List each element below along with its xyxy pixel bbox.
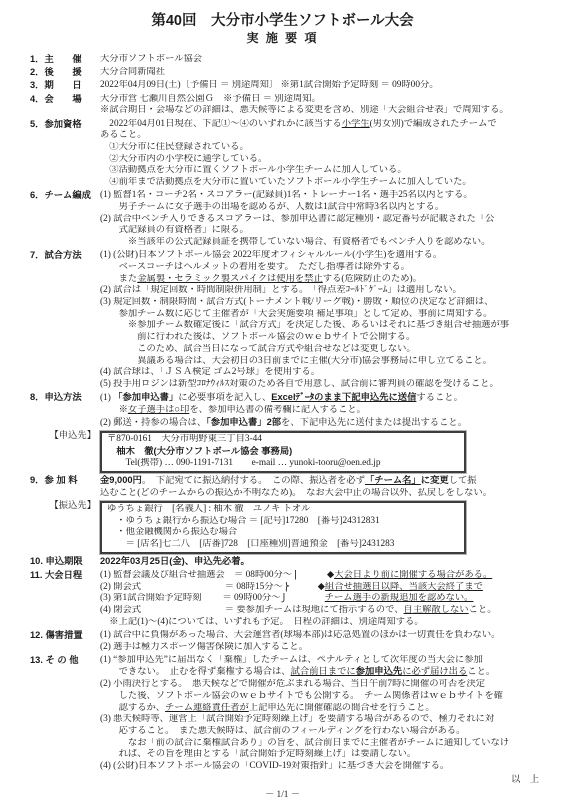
text-segment: できない。 止むを得ず棄権する場合は、 — [119, 667, 291, 677]
doc-item: 9．参 加 料金9,000円。 下記宛てに振込納付する。 この際、振込者を必ず「… — [30, 475, 559, 499]
text-segment: 小学生 — [342, 119, 370, 129]
text-segment: ＝ [店名]七二八 [店番]728 [口座種別]普通預金 [番号]2431283 — [126, 539, 395, 549]
text-line: (1) 監督会議及び組合せ抽選会 ＝ 08時00分～⎫ ◆大会日より前に開催する… — [100, 570, 559, 582]
text-segment: 大分合同新聞社 — [100, 67, 165, 77]
text-segment — [288, 593, 325, 603]
text-line: ①大分市に住民登録されている。 — [100, 142, 559, 154]
text-segment: (4) 試合球は、「ＪＳＡ検定 ゴム2号球」を使用する。 — [100, 367, 320, 377]
text-segment: 大分市営 七瀬川自然公園Ｇ ※予備日 ＝ 別途周知。 — [100, 94, 321, 104]
item-content: 金9,000円。 下記宛てに振込納付する。 この際、振込者を必ず「チーム名」に変… — [100, 475, 559, 499]
text-segment: (2) 試合は「規定回数・時間制限併用制」とする。 「得点差ｺｰﾙﾄﾞｹﾞｰﾑ」… — [100, 285, 462, 295]
text-segment: 参加申込先 — [356, 666, 403, 676]
text-line: Tel(携帯) … 090-1191-7131 e-mail … yunoki-… — [107, 458, 459, 470]
text-segment: する(危険防止のため)。 — [323, 274, 422, 284]
text-segment: ⎭ — [281, 593, 288, 603]
text-segment: ③活動拠点を大分市に置くソフトボール小学生チームに加入している。 — [109, 165, 406, 175]
text-segment — [299, 570, 327, 580]
text-segment: 男子チームに女子選手の出場を認めるが、人数は1試合中常時3名以内とする。 — [119, 202, 444, 212]
text-segment: 自主解散しない — [404, 605, 469, 615]
text-segment: (男女別)で編成されたチームで — [370, 119, 497, 129]
text-segment: に変更 — [421, 475, 449, 485]
text-line: 大分合同新聞社 — [100, 67, 559, 79]
item-content: 大分市ソフトボール協会 — [100, 54, 559, 66]
text-segment: ※上記(1)～(4)については、いずれも予定。 日程の詳細は、別途周知する。 — [109, 617, 423, 627]
doc-item: 5．参加資格2022年04月01日現在、下記①～④のいずれかに該当する小学生(男… — [30, 119, 559, 189]
item-label: 8．申込方法 — [30, 392, 100, 429]
text-line: (3) 規定回数・制限時間・試合方式(トーナメント戦/リーグ戦)・勝敗・順位の決… — [100, 297, 559, 309]
item-content: 大分合同新聞社 — [100, 67, 559, 79]
text-segment: ・ゆうちょ銀行から振込む場合 ＝ [記号]17280 [番号]24312831 — [116, 516, 379, 526]
text-line: 式記録員の有資格者」に限る。 — [100, 225, 559, 237]
item-content: (1) “参加申込先”に届出なく「棄権」したチームは、ペナルティとして次年度の当… — [100, 655, 559, 773]
item-content: (1) 監督1名・コーチ2名・スコアラー(記録員)1名・トレーナー1名・選手25… — [100, 190, 559, 249]
text-line: 応すること。 また悪天候時は、試合前のフィールディングを行わない場合がある。 — [100, 726, 559, 738]
doc-item: 2．後 援大分合同新聞社 — [30, 67, 559, 79]
text-line: (1) (公財)日本ソフトボール協会 2022年度オフィシャルルール(小学生)を… — [100, 250, 559, 262]
text-line: 前に行われた後は、ソフトボール協会のｗｅｂサイトで公開する。 — [100, 332, 559, 344]
item-content: (1) 監督会議及び組合せ抽選会 ＝ 08時00分～⎫ ◆大会日より前に開催する… — [100, 570, 559, 629]
text-segment: 。 下記宛てに振込納付する。 この際、振込者を必ず — [142, 476, 365, 486]
text-segment: (3) 規定回数・制限時間・試合方式(トーナメント戦/リーグ戦)・勝敗・順位の決… — [100, 297, 493, 307]
item-label: 9．参 加 料 — [30, 475, 100, 499]
item-label: 5．参加資格 — [30, 119, 100, 189]
text-line: 金9,000円。 下記宛てに振込納付する。 この際、振込者を必ず「チーム名」に変… — [100, 475, 559, 488]
text-segment: あること。 — [100, 130, 147, 140]
item-content: 2022年04月01日現在、下記①～④のいずれかに該当する小学生(男女別)で編成… — [100, 119, 559, 189]
text-segment: に必要事項を記入し、 — [178, 393, 271, 403]
text-segment: れば、その旨を理由とする「試合開始予定時刻繰上げ」は要請しない。 — [119, 749, 417, 759]
text-segment: ②大分市内の小学校に通学している。 — [109, 154, 267, 164]
text-line: ※当該年の公式記録員証を携帯していない場合、有資格者でもベンチ入りを認めない。 — [100, 237, 559, 249]
doc-item: 1．主 催大分市ソフトボール協会 — [30, 54, 559, 66]
doc-item: 10. 申込期限2022年03月25日(金)、申込先必着。 — [30, 556, 559, 569]
text-line: このため、試合当日になって試合方式や組合せなどは変更しない。 — [100, 344, 559, 356]
text-line: 認するか、チーム連絡責任者が上記申込先に開催確認の間合せを行うこと。 — [100, 703, 559, 715]
text-segment: ※参加チーム数確定後に「試合方式」を決定した後、あるいはそれに基づき組合せ抽選が… — [128, 320, 509, 330]
text-segment: ※試合期日・会場などの詳細は、悪天候等による変更を含め、別途「大会組合せ表」で周… — [100, 105, 509, 115]
item-label: 1．主 催 — [30, 54, 100, 66]
text-segment: ④前年まで活動拠点を大分市に置いていたソフトボール小学生チームに加入していた。 — [109, 177, 471, 187]
text-segment: ※ — [119, 405, 128, 415]
text-segment: ◆ — [318, 582, 325, 592]
text-segment: Excelﾃﾞｰﾀのまま下記申込先に送信 — [271, 392, 416, 402]
item-label: 6．チーム編成 — [30, 190, 100, 249]
doc-item: 7．試合方法(1) (公財)日本ソフトボール協会 2022年度オフィシャルルール… — [30, 250, 559, 390]
item-label: 3．期 日 — [30, 80, 100, 92]
text-segment: (5) 投手用ロジンは新型ｺﾛﾅｳｨﾙｽ対策のため各自で用意し、試合前に審判員の… — [100, 379, 499, 389]
text-segment: チーム選手の新規追加を認めない。 — [325, 593, 474, 603]
text-line: ゆうちょ銀行 [名義人] : 柚木 徹 ユノキ トオル — [107, 504, 459, 516]
doc-item: 6．チーム編成(1) 監督1名・コーチ2名・スコアラー(記録員)1名・トレーナー… — [30, 190, 559, 249]
address-box-row: 【振込先】ゆうちょ銀行 [名義人] : 柚木 徹 ユノキ トオル・ゆうちょ銀行か… — [30, 501, 559, 554]
page-number: － 1/1 － — [30, 789, 559, 800]
document-title: 第40回 大分市小学生ソフトボール大会 — [30, 13, 535, 30]
text-line: 参加チーム数に応じて主催者が「大会実施要項 補足事項」として定め、事前に周知する… — [100, 309, 559, 321]
text-segment: こと。 — [469, 605, 497, 615]
text-segment: を、下記申込先に送付または提出すること。 — [281, 418, 467, 428]
text-segment: して振 — [449, 476, 477, 486]
text-line: 2022年04月09日(土)〔予備日 ＝ 別途周知〕 ※第1試合開始予定時刻 ＝… — [100, 80, 559, 92]
text-line: (2) 試合は「規定回数・時間制限併用制」とする。 「得点差ｺｰﾙﾄﾞｹﾞｰﾑ」… — [100, 285, 559, 297]
text-segment: (1) 監督会議及び組合せ抽選会 ＝ 08時00分～ — [100, 570, 292, 580]
text-line: (3) 第1試合開始予定時刻 ＝ 09時00分～⎭ チーム選手の新規追加を認めな… — [100, 593, 559, 605]
doc-item: 12. 傷害措置(1) 試合中に負傷があった場合、大会運営者(球場本部)は応急処… — [30, 630, 559, 653]
text-line: ベースコーチはヘルメットの着用を要す。 ただし指導者は除外する。 — [100, 262, 559, 274]
text-line: 2022年04月01日現在、下記①～④のいずれかに該当する小学生(男女別)で編成… — [100, 119, 559, 131]
text-line: できない。 止むを得ず棄権する場合は、試合前日までに参加申込先に必ず届け出ること… — [100, 666, 559, 679]
text-segment: に必ず届け出る — [402, 667, 467, 677]
text-segment: 2022年04月01日現在、下記①～④のいずれかに該当する — [109, 119, 341, 129]
doc-item: 8．申込方法(1) 「参加申込書」に必要事項を記入し、Excelﾃﾞｰﾀのまま下… — [30, 392, 559, 429]
text-segment: ・他金融機関から振込む場合 — [116, 527, 237, 537]
text-segment: ①大分市に住民登録されている。 — [109, 142, 248, 152]
text-segment: 式記録員の有資格者」に限る。 — [119, 225, 249, 235]
text-line: なお「前の試合に棄権試合あり」の旨を、試合前日までに主催者がチームに通知していな… — [100, 738, 559, 750]
text-line: (4) (公財)日本ソフトボール協会の「COVID-19対策指針」に基づき大会を… — [100, 761, 559, 773]
text-segment: また — [119, 274, 138, 284]
item-content: 大分市営 七瀬川自然公園Ｇ ※予備日 ＝ 別途周知。※試合期日・会場などの詳細は… — [100, 94, 559, 117]
text-line: 2022年03月25日(金)、申込先必着。 — [100, 556, 559, 569]
text-segment: 認するか、 — [119, 703, 166, 713]
item-label: 10. 申込期限 — [30, 556, 100, 569]
text-line: (2) 小雨決行とする。 悪天候などで開催が危ぶまれる場合、当日午前7時に開催の… — [100, 679, 559, 691]
text-segment: 大会日より前に開催する場合がある。 — [334, 570, 492, 580]
item-label: 13. そ の 他 — [30, 655, 100, 773]
info-box: 〒870-0161 大分市明野東三丁目3-44柚木 徹(大分市ソフトボール協会 … — [100, 431, 466, 473]
text-line: (1) 「参加申込書」に必要事項を記入し、Excelﾃﾞｰﾀのまま下記申込先に送… — [100, 392, 559, 405]
item-label: 【申込先】 — [30, 431, 100, 473]
items: 1．主 催大分市ソフトボール協会2．後 援大分合同新聞社3．期 日2022年04… — [30, 54, 559, 773]
text-segment: 金9,000円 — [100, 475, 142, 485]
text-line: (2) 選手は極力スポーツ傷害保険に加入すること。 — [100, 642, 559, 654]
text-segment: した後、ソフトボール協会のｗｅｂサイトでも公開する。 チーム関係者はｗｅｂサイト… — [119, 691, 503, 701]
text-line: ※女子選手は○印を、参加申込書の備考欄に記入すること。 — [100, 405, 559, 417]
text-line: ※参加チーム数確定後に「試合方式」を決定した後、あるいはそれに基づき組合せ抽選が… — [100, 320, 559, 332]
text-line: 異議ある場合は、大会初日の3日前までに主催(大分市)協会事務局に申し立てること。 — [100, 356, 559, 368]
text-line: (2) 開会式 ＝ 08時15分～⎬ ◆組合せ抽選日以降、当該大会終了まで — [100, 582, 559, 594]
text-line: ＝ [店名]七二八 [店番]728 [口座種別]普通預金 [番号]2431283 — [107, 539, 459, 551]
text-segment: (2) 選手は極力スポーツ傷害保険に加入すること。 — [100, 642, 308, 652]
text-line: (4) 試合球は、「ＪＳＡ検定 ゴム2号球」を使用する。 — [100, 367, 559, 379]
text-segment: Tel(携帯) … 090-1191-7131 e-mail … yunoki-… — [126, 458, 381, 468]
address-box-row: 【申込先】〒870-0161 大分市明野東三丁目3-44柚木 徹(大分市ソフトボ… — [30, 431, 559, 473]
item-label: 【振込先】 — [30, 501, 100, 554]
text-segment: チーム連絡責任者が — [165, 703, 249, 713]
text-segment: 上記申込先に開催確認の間合せを行うこと。 — [249, 703, 435, 713]
text-segment: 〒870-0161 大分市明野東三丁目3-44 — [107, 434, 262, 444]
text-segment: 「参加申込書」 — [113, 392, 178, 402]
item-content: (1) (公財)日本ソフトボール協会 2022年度オフィシャルルール(小学生)を… — [100, 250, 559, 390]
text-segment: (1) 試合中に負傷があった場合、大会運営者(球場本部)は応急処置のほかは一切責… — [100, 630, 500, 640]
text-line: (2) 試合中ベンチ入りできるスコアラーは、参加申込書に認定種別・認定番号が記載… — [100, 214, 559, 226]
text-line: (2) 郵送・持参の場合は、「参加申込書」2部を、下記申込先に送付または提出する… — [100, 417, 559, 430]
text-segment: 2022年04月09日(土)〔予備日 ＝ 別途周知〕 ※第1試合開始予定時刻 ＝… — [100, 80, 439, 90]
text-segment: 「参加申込書」2部 — [206, 417, 281, 427]
text-segment: (1) (公財)日本ソフトボール協会 2022年度オフィシャルルール(小学生)を… — [100, 250, 442, 260]
text-line: ※上記(1)～(4)については、いずれも予定。 日程の詳細は、別途周知する。 — [100, 617, 559, 629]
text-segment: 参加チーム数に応じて主催者が「大会実施要項 補足事項」として定め、事前に周知する… — [119, 309, 493, 319]
text-segment: (3) 第1試合開始予定時刻 ＝ 09時00分～ — [100, 593, 281, 603]
text-segment: 前に行われた後は、ソフトボール協会のｗｅｂサイトで公開する。 — [137, 332, 415, 342]
text-line: 〒870-0161 大分市明野東三丁目3-44 — [107, 434, 459, 446]
text-line: 柚木 徹(大分市ソフトボール協会 事務局) — [107, 446, 459, 459]
closing-text: 以 上 — [30, 774, 559, 786]
text-line: また金属製・セラミック製スパイクは使用を禁止する(危険防止のため)。 — [100, 274, 559, 286]
doc-item: 13. そ の 他(1) “参加申込先”に届出なく「棄権」したチームは、ペナルテ… — [30, 655, 559, 773]
item-content: (1) 「参加申込書」に必要事項を記入し、Excelﾃﾞｰﾀのまま下記申込先に送… — [100, 392, 559, 429]
item-label: 11. 大会日程 — [30, 570, 100, 629]
text-segment: 込むこと(どのチームからの振込か不明なため)。 なお大会中止の場合以外、払戻しを… — [100, 488, 492, 498]
text-segment: ※当該年の公式記録員証を携帯していない場合、有資格者でもベンチ入りを認めない。 — [128, 237, 491, 247]
item-content: (1) 試合中に負傷があった場合、大会運営者(球場本部)は応急処置のほかは一切責… — [100, 630, 559, 653]
text-line: ④前年まで活動拠点を大分市に置いていたソフトボール小学生チームに加入していた。 — [100, 177, 559, 189]
text-line: (1) 監督1名・コーチ2名・スコアラー(記録員)1名・トレーナー1名・選手25… — [100, 190, 559, 202]
text-segment: ベースコーチはヘルメットの着用を要す。 ただし指導者は除外する。 — [119, 262, 410, 272]
text-line: れば、その旨を理由とする「試合開始予定時刻繰上げ」は要請しない。 — [100, 749, 559, 761]
text-line: ③活動拠点を大分市に置くソフトボール小学生チームに加入している。 — [100, 165, 559, 177]
text-line: (3) 悪天候時等、運営上「試合開始予定時刻繰上げ」を要請する場合があるので、極… — [100, 714, 559, 726]
text-segment: (1) 監督1名・コーチ2名・スコアラー(記録員)1名・トレーナー1名・選手25… — [100, 190, 473, 200]
info-box: ゆうちょ銀行 [名義人] : 柚木 徹 ユノキ トオル・ゆうちょ銀行から振込む場… — [100, 501, 466, 554]
text-segment: 異議ある場合は、大会初日の3日前までに主催(大分市)協会事務局に申し立てること。 — [137, 356, 492, 366]
text-line: ・ゆうちょ銀行から振込む場合 ＝ [記号]17280 [番号]24312831 — [107, 516, 459, 528]
text-line: ※試合期日・会場などの詳細は、悪天候等による変更を含め、別途「大会組合せ表」で周… — [100, 105, 559, 117]
item-content: 2022年04月09日(土)〔予備日 ＝ 別途周知〕 ※第1試合開始予定時刻 ＝… — [100, 80, 559, 92]
text-line: (1) 試合中に負傷があった場合、大会運営者(球場本部)は応急処置のほかは一切責… — [100, 630, 559, 642]
text-segment: こと。 — [467, 667, 495, 677]
text-segment: を、参加申込書の備考欄に記入すること。 — [189, 405, 366, 415]
item-label: 12. 傷害措置 — [30, 630, 100, 653]
text-line: あること。 — [100, 130, 559, 142]
text-segment: すること。 — [416, 393, 463, 403]
item-label: 2．後 援 — [30, 67, 100, 79]
text-segment: (2) 開会式 ＝ 08時15分～ — [100, 582, 283, 592]
text-segment: (2) 郵送・持参の場合は、 — [100, 418, 206, 428]
text-segment: 「チーム名」 — [365, 475, 421, 485]
text-line: 男子チームに女子選手の出場を認めるが、人数は1試合中常時3名以内とする。 — [100, 202, 559, 214]
text-segment: (2) 小雨決行とする。 悪天候などで開催が危ぶまれる場合、当日午前7時に開催の… — [100, 679, 485, 689]
text-segment: 試合前日までに — [291, 667, 356, 677]
text-segment: (2) 試合中ベンチ入りできるスコアラーは、参加申込書に認定種別・認定番号が記載… — [100, 214, 494, 224]
text-segment: 応すること。 また悪天候時は、試合前のフィールディングを行わない場合がある。 — [119, 726, 466, 736]
document-subtitle: 実 施 要 項 — [30, 31, 535, 45]
text-segment: 2022年03月25日(金)、申込先必着。 — [100, 556, 250, 566]
text-segment: ⎬ — [283, 582, 290, 592]
text-segment: 柚木 徹(大分市ソフトボール協会 事務局) — [116, 446, 292, 456]
text-segment: (4) (公財)日本ソフトボール協会の「COVID-19対策指針」に基づき大会を… — [100, 761, 449, 771]
text-line: (1) “参加申込先”に届出なく「棄権」したチームは、ペナルティとして次年度の当… — [100, 655, 559, 667]
text-segment: なお「前の試合に棄権試合あり」の旨を、試合前日までに主催者がチームに通知していな… — [128, 738, 509, 748]
text-segment: ゆうちょ銀行 [名義人] : 柚木 徹 ユノキ トオル — [107, 504, 310, 514]
item-content: 2022年03月25日(金)、申込先必着。 — [100, 556, 559, 569]
text-line: ・他金融機関から振込む場合 — [107, 527, 459, 539]
text-line: 大分市営 七瀬川自然公園Ｇ ※予備日 ＝ 別途周知。 — [100, 94, 559, 106]
text-line: (5) 投手用ロジンは新型ｺﾛﾅｳｨﾙｽ対策のため各自で用意し、試合前に審判員の… — [100, 379, 559, 391]
text-segment: 女子選手は○印 — [128, 405, 189, 415]
text-line: した後、ソフトボール協会のｗｅｂサイトでも公開する。 チーム関係者はｗｅｂサイト… — [100, 691, 559, 703]
text-line: ②大分市内の小学校に通学している。 — [100, 154, 559, 166]
doc-item: 11. 大会日程(1) 監督会議及び組合せ抽選会 ＝ 08時00分～⎫ ◆大会日… — [30, 570, 559, 629]
text-segment: 組合せ抽選日以降、当該大会終了まで — [325, 582, 483, 592]
text-segment: このため、試合当日になって試合方式や組合せなどは変更しない。 — [137, 344, 416, 354]
text-segment: (3) 悪天候時等、運営上「試合開始予定時刻繰上げ」を要請する場合があるので、極… — [100, 714, 494, 724]
text-segment: (4) 閉会式 ＝ 要参加チームは現地にて指示するので、 — [100, 605, 404, 615]
text-line: (4) 閉会式 ＝ 要参加チームは現地にて指示するので、自主解散しないこと。 — [100, 605, 559, 617]
text-segment: 大分市ソフトボール協会 — [100, 54, 202, 64]
text-segment: (1) — [100, 393, 113, 403]
text-segment: (1) “参加申込先”に届出なく「棄権」したチームは、ペナルティとして次年度の当… — [100, 655, 483, 665]
document-page: 第40回 大分市小学生ソフトボール大会 実 施 要 項 1．主 催大分市ソフトボ… — [0, 0, 565, 800]
text-segment — [290, 582, 318, 592]
item-label: 4．会 場 — [30, 94, 100, 117]
text-segment: 金属製・セラミック製スパイクは使用を禁止 — [137, 274, 323, 284]
doc-item: 4．会 場大分市営 七瀬川自然公園Ｇ ※予備日 ＝ 別途周知。※試合期日・会場な… — [30, 94, 559, 117]
text-line: 込むこと(どのチームからの振込か不明なため)。 なお大会中止の場合以外、払戻しを… — [100, 488, 559, 500]
text-line: 大分市ソフトボール協会 — [100, 54, 559, 66]
doc-item: 3．期 日2022年04月09日(土)〔予備日 ＝ 別途周知〕 ※第1試合開始予… — [30, 80, 559, 92]
item-label: 7．試合方法 — [30, 250, 100, 390]
